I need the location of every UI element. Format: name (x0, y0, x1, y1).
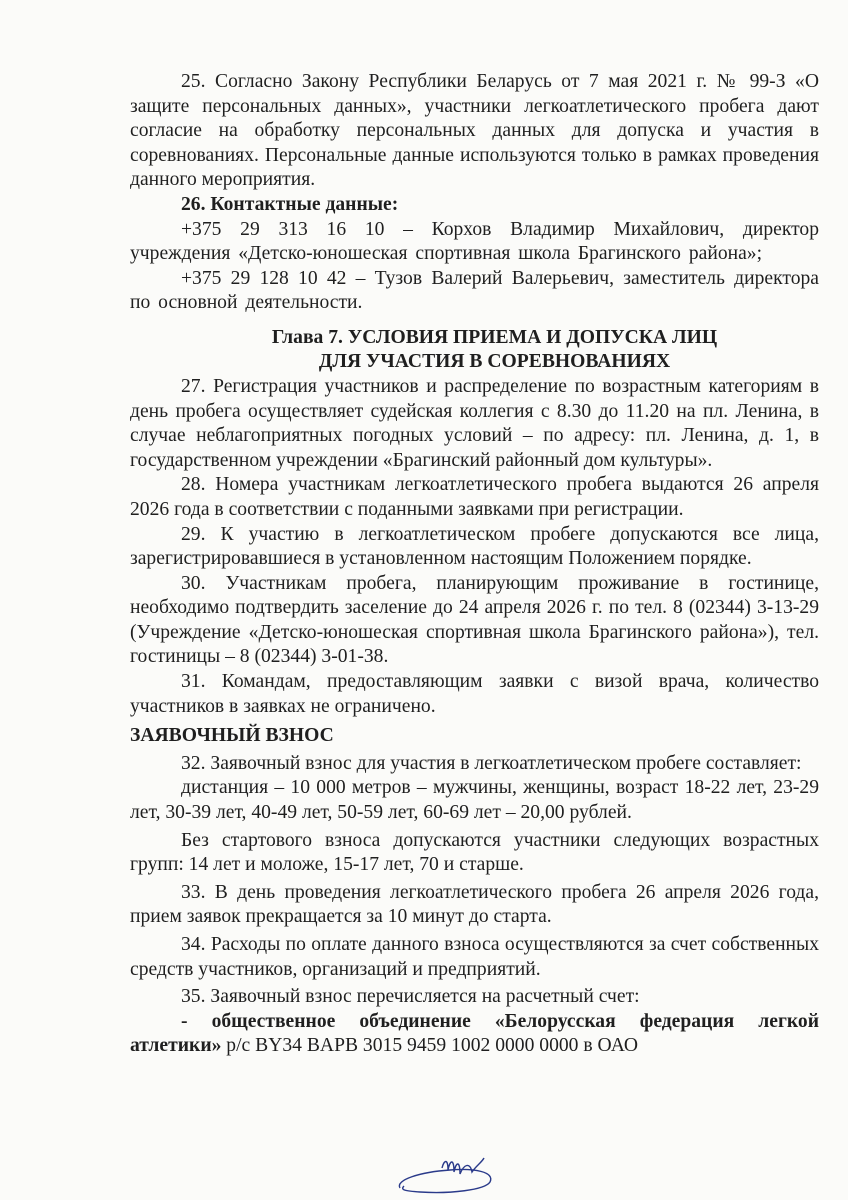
paragraph-29: 29. К участию в легкоатлетическом пробег… (130, 523, 819, 572)
fee-section-title: ЗАЯВОЧНЫЙ ВЗНОС (130, 724, 819, 749)
paragraph-32: 32. Заявочный взнос для участия в легкоа… (130, 752, 819, 777)
paragraph-26-contact-1: +375 29 313 16 10 – Корхов Владимир Миха… (130, 218, 819, 267)
paragraph-33: 33. В день проведения легкоатлетического… (130, 881, 819, 930)
paragraph-34: 34. Расходы по оплате данного взноса осу… (130, 933, 819, 982)
paragraph-28: 28. Номера участникам легкоатлетического… (130, 473, 819, 522)
paragraph-27: 27. Регистрация участников и распределен… (130, 375, 819, 473)
chapter-7-heading: Глава 7. УСЛОВИЯ ПРИЕМА И ДОПУСКА ЛИЦ ДЛ… (130, 326, 819, 374)
document-page: 25. Согласно Закону Республики Беларусь … (130, 70, 819, 1059)
chapter-7-heading-line-2: ДЛЯ УЧАСТИЯ В СОРЕВНОВАНИЯХ (170, 350, 819, 374)
paragraph-25: 25. Согласно Закону Республики Беларусь … (130, 70, 819, 193)
chapter-7-heading-line-1: Глава 7. УСЛОВИЯ ПРИЕМА И ДОПУСКА ЛИЦ (170, 326, 819, 350)
paragraph-31: 31. Командам, предоставляющим заявки с в… (130, 670, 819, 719)
paragraph-35-account: - общественное объединение «Белорусская … (130, 1010, 819, 1059)
signature-icon (390, 1150, 510, 1200)
paragraph-32-free-entry: Без стартового взноса допускаются участн… (130, 829, 819, 878)
bank-account: р/с BY34 BAPB 3015 9459 1002 0000 0000 в… (221, 1035, 638, 1056)
paragraph-35: 35. Заявочный взнос перечисляется на рас… (130, 985, 819, 1010)
paragraph-32-distance: дистанция – 10 000 метров – мужчины, жен… (130, 776, 819, 825)
paragraph-26-contact-2: +375 29 128 10 42 – Тузов Валерий Валерь… (130, 267, 819, 316)
paragraph-30: 30. Участникам пробега, планирующим прож… (130, 572, 819, 670)
paragraph-26-title: 26. Контактные данные: (130, 193, 819, 218)
